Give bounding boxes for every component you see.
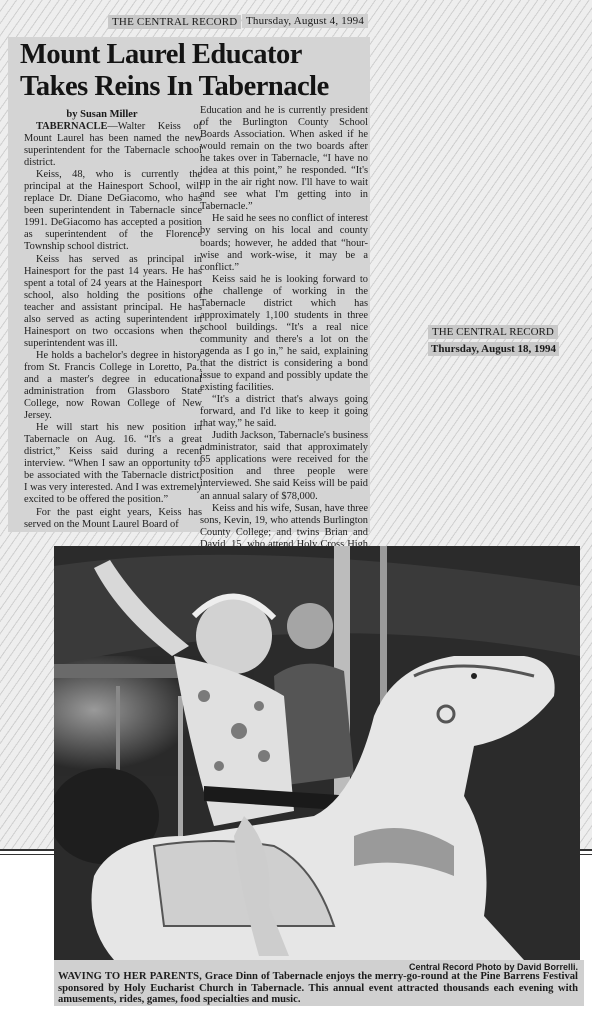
article-column-2: Education and he is currently president …	[200, 105, 368, 563]
headline-line: Mount Laurel Educator	[20, 39, 365, 71]
paragraph: Keiss has served as principal in Hainesp…	[24, 254, 202, 350]
paragraph: Education and he is currently president …	[200, 105, 368, 213]
headline-line: Takes Reins In Tabernacle	[20, 71, 365, 103]
caption-lead: WAVING TO HER PARENTS,	[58, 971, 202, 982]
paragraph: Keiss said he is looking forward to the …	[200, 274, 368, 394]
dateline: TABERNACLE	[36, 121, 107, 132]
paragraph: He said he sees no conflict of interest …	[200, 213, 368, 273]
publication-date: Thursday, August 4, 1994	[242, 14, 368, 28]
publication-name: THE CENTRAL RECORD	[108, 15, 241, 29]
photo-clipping-masthead: THE CENTRAL RECORD Thursday, August 18, …	[428, 325, 556, 360]
byline: by Susan Miller	[8, 109, 196, 120]
article-clipping: Mount Laurel Educator Takes Reins In Tab…	[8, 37, 370, 532]
headline: Mount Laurel Educator Takes Reins In Tab…	[20, 39, 365, 103]
publication-name: THE CENTRAL RECORD	[428, 325, 558, 339]
photo-caption: WAVING TO HER PARENTS, Grace Dinn of Tab…	[58, 971, 578, 1006]
paragraph: TABERNACLE—Walter Keiss of Mount Laurel …	[24, 121, 202, 169]
photo-caption-band: Central Record Photo by David Borrelli. …	[54, 960, 584, 1006]
paragraph: Keiss, 48, who is currently the principa…	[24, 169, 202, 253]
paragraph: He will start his new position in Tabern…	[24, 422, 202, 506]
paragraph: For the past eight years, Keiss has serv…	[24, 507, 202, 531]
paragraph: “It's a district that's always going for…	[200, 394, 368, 430]
paragraph: Judith Jackson, Tabernacle's business ad…	[200, 430, 368, 502]
publication-date: Thursday, August 18, 1994	[428, 342, 559, 356]
paragraph: He holds a bachelor's degree in history …	[24, 350, 202, 422]
carousel-photo-illustration	[54, 546, 580, 960]
carousel-photo	[54, 546, 580, 960]
article-column-1: TABERNACLE—Walter Keiss of Mount Laurel …	[24, 121, 202, 531]
